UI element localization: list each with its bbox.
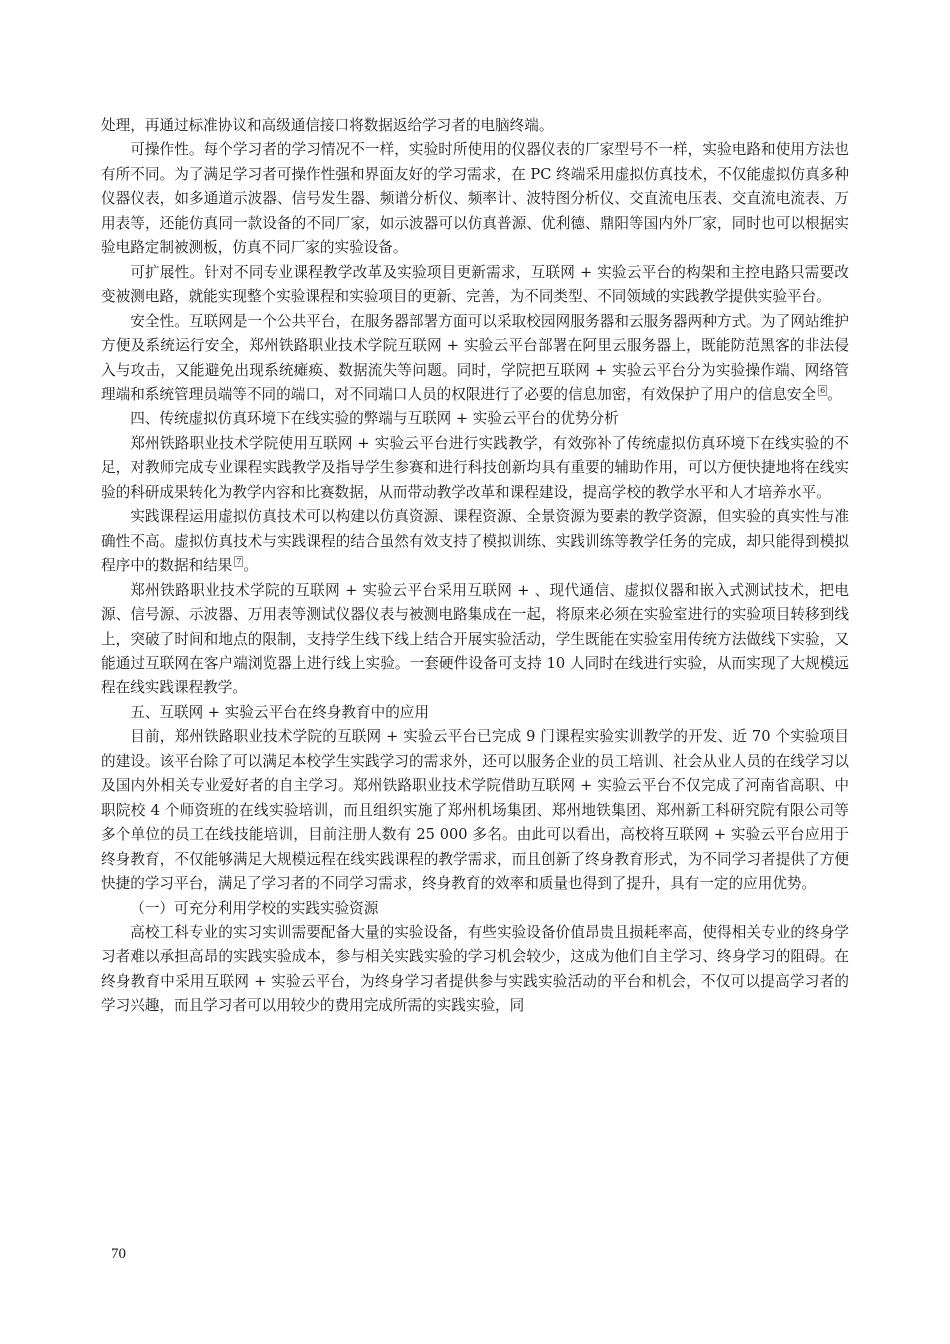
paragraph-security: 安全性。互联网是一个公共平台，在服务器部署方面可以采取校园网服务器和云服务器两种…: [101, 310, 849, 408]
paragraph-operability: 可操作性。每个学习者的学习情况不一样，实验时所使用的仪器仪表的厂家型号不一样，实…: [101, 138, 849, 260]
paragraph-scalability: 可扩展性。针对不同专业课程教学改革及实验项目更新需求，互联网 + 实验云平台的构…: [101, 261, 849, 310]
section-heading-5: 五、互联网 + 实验云平台在终身教育中的应用: [101, 701, 849, 725]
paragraph-platform-tech: 郑州铁路职业技术学院的互联网 + 实验云平台采用互联网 + 、现代通信、虚拟仪器…: [101, 579, 849, 701]
paragraph-text: 实践课程运用虚拟仿真技术可以构建以仿真资源、课程资源、全景资源为要素的教学资源，…: [101, 508, 849, 574]
section-heading-4: 四、传统虚拟仿真环境下在线实验的弊端与互联网 + 实验云平台的优势分析: [101, 407, 849, 431]
paragraph-text: 安全性。互联网是一个公共平台，在服务器部署方面可以采取校园网服务器和云服务器两种…: [101, 313, 849, 403]
citation-ref: 6: [818, 385, 827, 396]
page-number: 70: [111, 1246, 126, 1263]
subsection-heading-1: （一）可充分利用学校的实践实验资源: [101, 897, 849, 921]
paragraph-virtual-sim: 实践课程运用虚拟仿真技术可以构建以仿真资源、课程资源、全景资源为要素的教学资源，…: [101, 505, 849, 578]
paragraph-platform-use: 郑州铁路职业技术学院使用互联网 + 实验云平台进行实践教学，有效弥补了传统虚拟仿…: [101, 432, 849, 505]
paragraph-tail: 。: [827, 386, 842, 403]
paragraph-tail: 。: [243, 557, 258, 574]
paragraph-resources: 高校工科专业的实习实训需要配备大量的实验设备，有些实验设备价值昂贵且损耗率高，使…: [101, 921, 849, 1019]
paragraph-continuation: 处理，再通过标准协议和高级通信接口将数据返给学习者的电脑终端。: [101, 114, 849, 138]
document-body: 处理，再通过标准协议和高级通信接口将数据返给学习者的电脑终端。 可操作性。每个学…: [101, 114, 849, 1019]
paragraph-lifelong-education: 目前，郑州铁路职业技术学院的互联网 + 实验云平台已完成 9 门课程实验实训教学…: [101, 725, 849, 896]
